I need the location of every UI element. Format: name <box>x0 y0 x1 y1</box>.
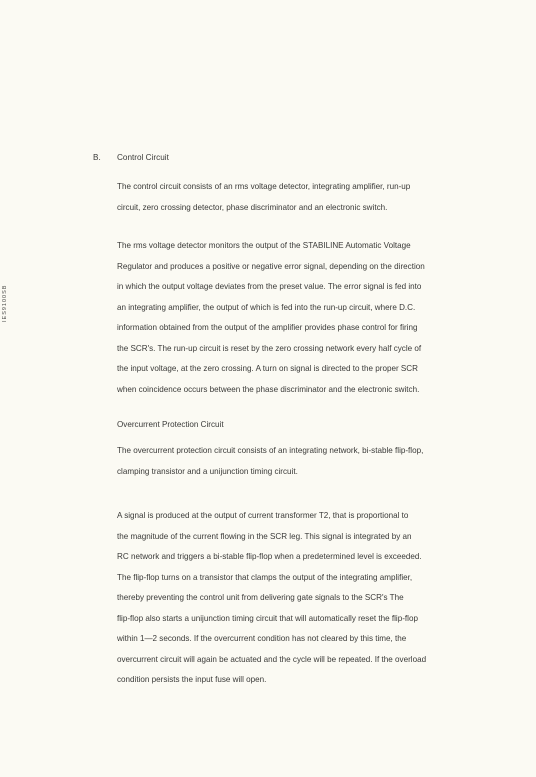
text-line: RC network and triggers a bi-stable flip… <box>117 547 426 568</box>
document-code: IES9100SB <box>2 262 12 322</box>
text-line: The rms voltage detector monitors the ou… <box>117 236 425 257</box>
text-line: the input voltage, at the zero crossing.… <box>117 359 425 380</box>
section-heading: B. Control Circuit <box>93 153 169 162</box>
text-line: The overcurrent protection circuit consi… <box>117 441 423 462</box>
paragraph-overcurrent-detail: A signal is produced at the output of cu… <box>117 506 426 691</box>
text-line: condition persists the input fuse will o… <box>117 670 426 691</box>
text-line: Regulator and produces a positive or neg… <box>117 257 425 278</box>
text-line: information obtained from the output of … <box>117 318 425 339</box>
paragraph-intro: The control circuit consists of an rms v… <box>117 177 410 218</box>
text-line: the magnitude of the current flowing in … <box>117 527 426 548</box>
text-line: flip-flop also starts a unijunction timi… <box>117 609 426 630</box>
text-line: thereby preventing the control unit from… <box>117 588 426 609</box>
text-line: circuit, zero crossing detector, phase d… <box>117 198 410 219</box>
text-line: overcurrent circuit will again be actuat… <box>117 650 426 671</box>
text-line: the SCR's. The run-up circuit is reset b… <box>117 339 425 360</box>
paragraph-overcurrent-intro: The overcurrent protection circuit consi… <box>117 441 423 482</box>
text-line: an integrating amplifier, the output of … <box>117 298 425 319</box>
text-line: clamping transistor and a unijunction ti… <box>117 462 423 483</box>
text-line: The control circuit consists of an rms v… <box>117 177 410 198</box>
paragraph-rms-detector: The rms voltage detector monitors the ou… <box>117 236 425 400</box>
text-line: The flip-flop turns on a transistor that… <box>117 568 426 589</box>
text-line: in which the output voltage deviates fro… <box>117 277 425 298</box>
text-line: when coincidence occurs between the phas… <box>117 380 425 401</box>
text-line: A signal is produced at the output of cu… <box>117 506 426 527</box>
subheading-overcurrent: Overcurrent Protection Circuit <box>117 420 224 429</box>
section-title: Control Circuit <box>117 153 169 162</box>
text-line: within 1—2 seconds. If the overcurrent c… <box>117 629 426 650</box>
section-letter: B. <box>93 153 117 162</box>
